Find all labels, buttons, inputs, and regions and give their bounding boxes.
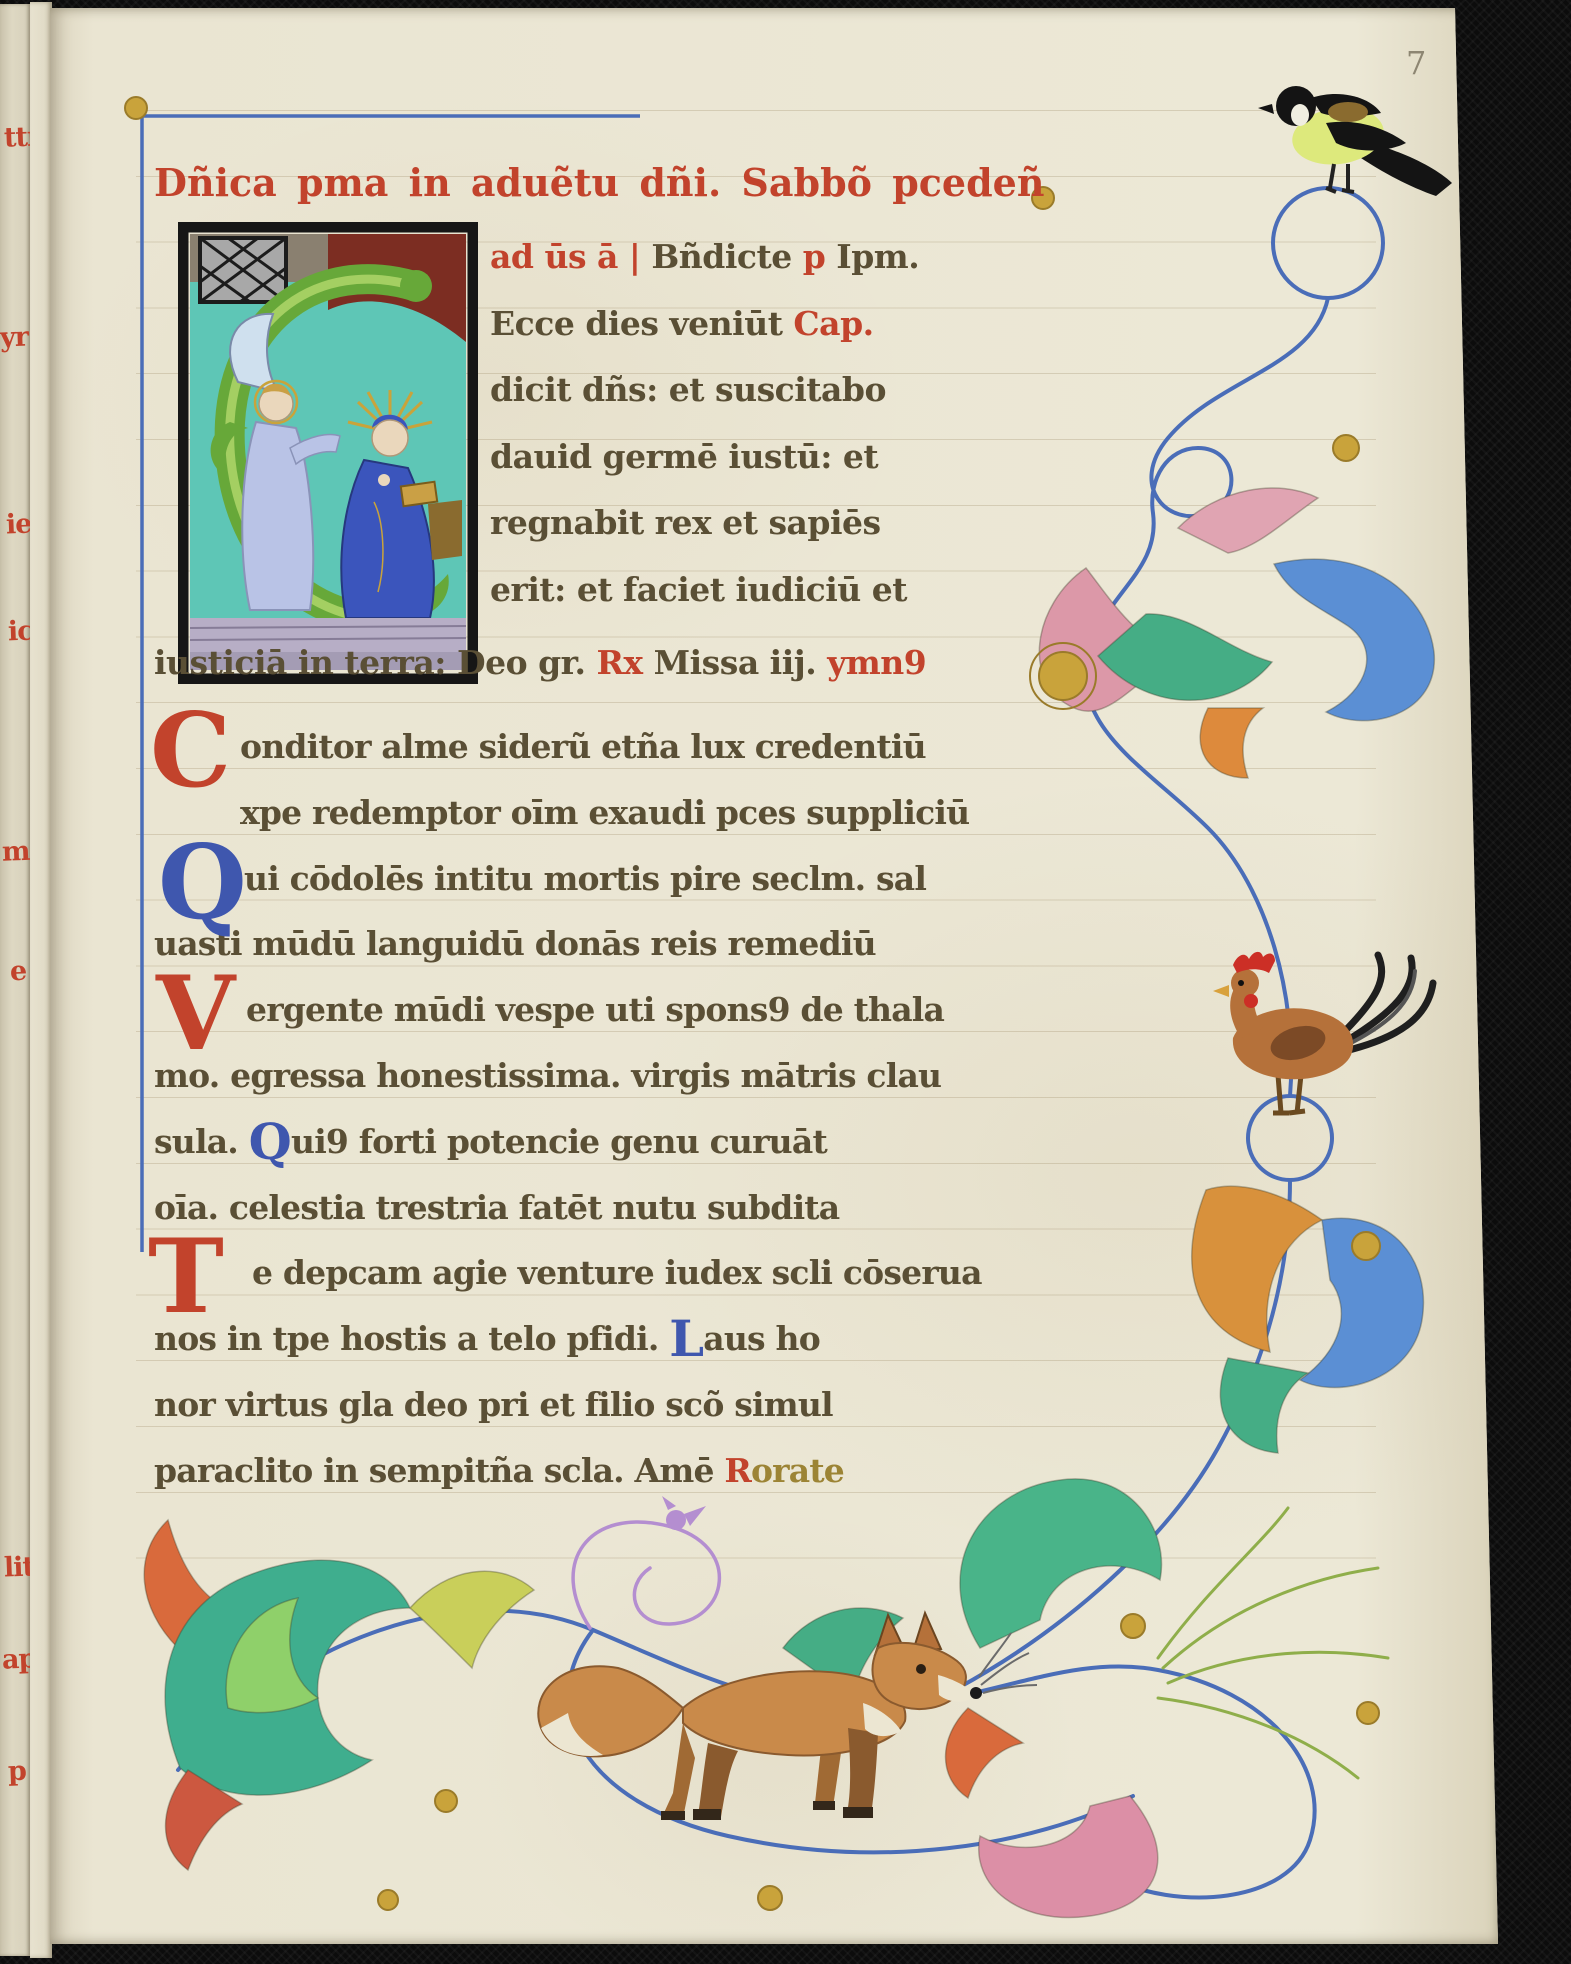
text-segment: mo. egressa honestissima. virgis mātris … xyxy=(154,1056,941,1095)
edge-text-fragment: e xyxy=(9,956,26,988)
text-segment: aus ho xyxy=(703,1319,820,1358)
acanthus-bottom-left xyxy=(144,1520,534,1870)
text-segment: Q xyxy=(249,1113,291,1171)
drop-cap-initial: C xyxy=(150,700,230,802)
text-segment: Missa iij. xyxy=(654,643,828,682)
text-segment: erit: et faciet iudiciū et xyxy=(490,570,907,609)
text-segment: iusticiā in terra: Deo gr. xyxy=(154,643,597,682)
text-segment: regnabit rex et sapiēs xyxy=(490,503,881,542)
edge-text-fragment: p xyxy=(7,1756,26,1788)
text-segment: paraclito in sempitña scla. Amē xyxy=(154,1451,724,1490)
text-segment: Bñdicte xyxy=(651,237,802,276)
text-segment: nos in tpe hostis a telo pfidi. xyxy=(154,1319,669,1358)
text-segment: sula. xyxy=(154,1122,249,1161)
text-segment: | xyxy=(629,237,652,276)
text-line: uasti mūdū languidū donās reis remediū xyxy=(154,911,1014,977)
text-segment: ui cōdolēs intitu mortis pire seclm. sal xyxy=(244,859,926,898)
text-line: regnabit rex et sapiēs xyxy=(154,490,919,557)
intro-text-block: ad ūs ā | Bñdicte p Ipm.Ecce dies veniūt… xyxy=(154,224,919,623)
text-line: erit: et faciet iudiciū et xyxy=(154,557,919,624)
text-segment: Rx xyxy=(597,643,654,682)
text-segment: ui9 forti potencie genu curuāt xyxy=(291,1122,827,1161)
text-segment: ergente mūdi vespe uti spons9 de thala xyxy=(246,990,944,1029)
text-line: iusticiā in terra: Deo gr. Rx Missa iij.… xyxy=(154,630,926,696)
text-segment: dicit dñs: et suscitabo xyxy=(490,370,886,409)
text-line: ad ūs ā | Bñdicte p Ipm. xyxy=(154,224,919,291)
rubric-heading: Dñica pma in aduẽtu dñi. Sabbõ pcedeñ xyxy=(154,160,1044,205)
manuscript-page: 7 xyxy=(50,8,1500,1944)
text-segment: Dñica pma in aduẽtu dñi. Sabbõ pcedeñ xyxy=(154,160,1044,205)
text-line: nor virtus gla deo pri et filio scõ simu… xyxy=(154,1372,1014,1438)
text-line: xpe redemptor oīm exaudi pces suppliciū xyxy=(154,780,1014,846)
text-segment: uasti mūdū languidū donās reis remediū xyxy=(154,924,876,963)
text-segment: ymn9 xyxy=(827,643,926,682)
text-segment: oīa. celestia trestria fatēt nutu subdit… xyxy=(154,1188,839,1227)
page-edge-stack-inner xyxy=(30,2,52,1958)
text-line: paraclito in sempitña scla. Amē Rorate xyxy=(154,1438,1014,1504)
text-line: e depcam agie venture iudex scli cōserua xyxy=(154,1240,1014,1306)
text-segment: dauid germē iustū: et xyxy=(490,437,878,476)
text-line: dauid germē iustū: et xyxy=(154,424,919,491)
drop-cap-initial: Q xyxy=(158,832,246,934)
text-segment: Ipm. xyxy=(836,237,919,276)
text-line: sula. Qui9 forti potencie genu curuāt xyxy=(154,1109,1014,1175)
text-line: mo. egressa honestissima. virgis mātris … xyxy=(154,1043,1014,1109)
text-line: onditor alme siderũ etña lux credentiū xyxy=(154,714,1014,780)
text-segment: nor virtus gla deo pri et filio scõ simu… xyxy=(154,1385,833,1424)
text-segment: xpe redemptor oīm exaudi pces suppliciū xyxy=(240,793,969,832)
text-segment: L xyxy=(669,1310,703,1368)
text-segment: p xyxy=(803,237,837,276)
hymn-text-block: onditor alme siderũ etña lux credentiūxp… xyxy=(154,714,1014,1504)
text-segment: R xyxy=(724,1451,751,1490)
hymn-lines: onditor alme siderũ etña lux credentiūxp… xyxy=(154,714,1014,1504)
text-line: ergente mūdi vespe uti spons9 de thala xyxy=(154,977,1014,1043)
text-line: nos in tpe hostis a telo pfidi. Laus ho xyxy=(154,1306,1014,1372)
text-segment: onditor alme siderũ etña lux credentiū xyxy=(240,727,926,766)
text-line: Ecce dies veniūt Cap. xyxy=(154,291,919,358)
text-segment: ad ūs ā xyxy=(490,237,629,276)
drop-cap-initial: V xyxy=(156,963,234,1065)
drop-cap-initial: T xyxy=(148,1226,223,1328)
page-edge-stack-outer: ttryrieicmpelitapp xyxy=(0,4,30,1956)
text-line: Dñica pma in aduẽtu dñi. Sabbõ pcedeñ xyxy=(154,160,1044,205)
text-segment: orate xyxy=(751,1451,844,1490)
edge-text-fragment: yr xyxy=(0,322,28,354)
text-segment: Cap. xyxy=(793,304,873,343)
edge-text-fragment: ie xyxy=(5,509,32,541)
photo-backdrop: { "page": { "folio_number": "7", "descri… xyxy=(0,0,1571,1964)
text-line: ui cōdolēs intitu mortis pire seclm. sal xyxy=(154,846,1014,912)
folio-number: 7 xyxy=(1406,44,1426,82)
fox-icon xyxy=(538,1613,1037,1820)
text-segment: e depcam agie venture iudex scli cōserua xyxy=(252,1253,982,1292)
text-segment: Ecce dies veniūt xyxy=(490,304,793,343)
rubric-mass-line: iusticiā in terra: Deo gr. Rx Missa iij.… xyxy=(154,630,926,696)
text-line: oīa. celestia trestria fatēt nutu subdit… xyxy=(154,1175,1014,1241)
text-line: dicit dñs: et suscitabo xyxy=(154,357,919,424)
